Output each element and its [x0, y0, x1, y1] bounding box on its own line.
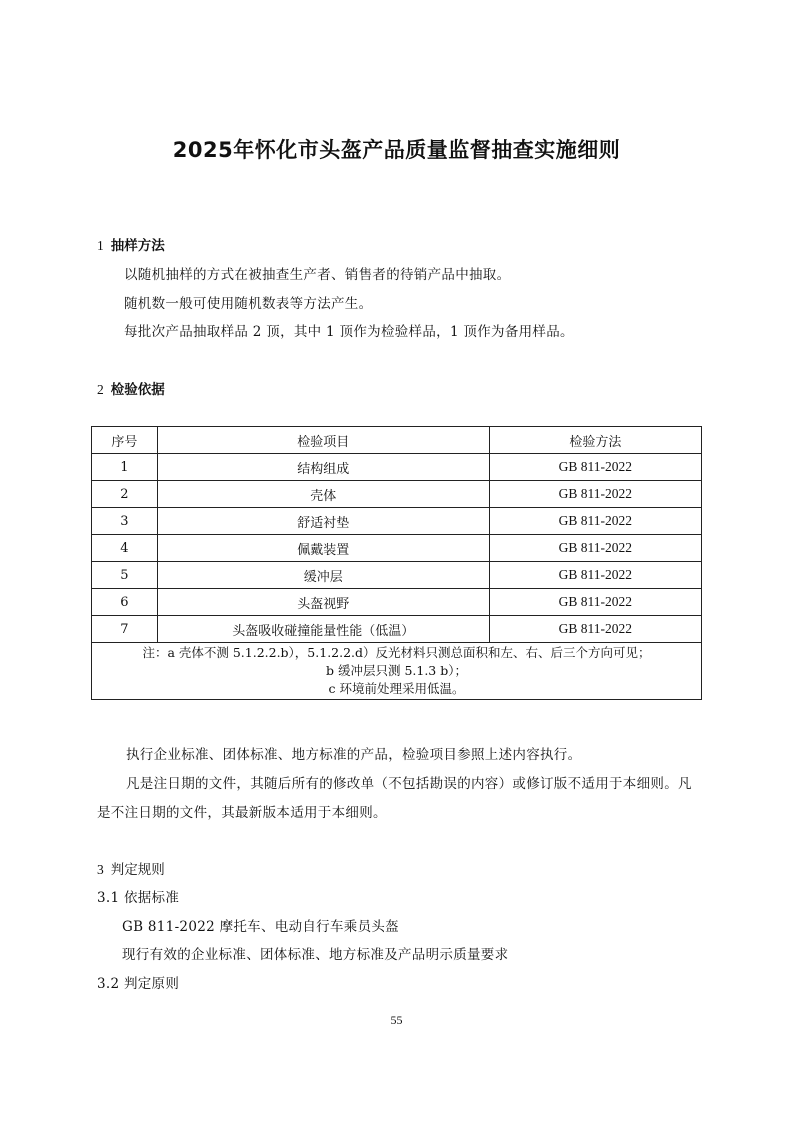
standard-item: 现行有效的企业标准、团体标准、地方标准及产品明示质量要求 — [122, 943, 508, 963]
cell-method: GB 811-2022 — [489, 535, 701, 562]
section-title: 判定规则 — [111, 862, 165, 878]
table-row: 4 佩戴装置 GB 811-2022 — [92, 535, 702, 562]
subsection-3-2-heading: 3.2 判定原则 — [97, 972, 179, 992]
paragraph: 执行企业标准、团体标准、地方标准的产品，检验项目参照上述内容执行。 — [126, 743, 581, 763]
cell-method: GB 811-2022 — [489, 562, 701, 589]
section-number: 2 — [97, 382, 104, 397]
table-row: 5 缓冲层 GB 811-2022 — [92, 562, 702, 589]
section-number: 1 — [97, 238, 104, 253]
section-2-heading: 2检验依据 — [97, 378, 165, 398]
paragraph: 随机数一般可使用随机数表等方法产生。 — [124, 292, 372, 312]
cell-item: 结构组成 — [157, 454, 489, 481]
note-c: c 环境前处理采用低温。 — [92, 680, 701, 698]
table-row: 7 头盔吸收碰撞能量性能（低温） GB 811-2022 — [92, 616, 702, 643]
cell-method: GB 811-2022 — [489, 616, 701, 643]
standard-item: GB 811-2022 摩托车、电动自行车乘员头盔 — [122, 915, 399, 935]
subsection-3-1-heading: 3.1 依据标准 — [97, 886, 179, 906]
cell-item: 舒适衬垫 — [157, 508, 489, 535]
cell-item: 佩戴装置 — [157, 535, 489, 562]
paragraph: 是不注日期的文件，其最新版本适用于本细则。 — [97, 801, 387, 821]
paragraph: 以随机抽样的方式在被抽查生产者、销售者的待销产品中抽取。 — [124, 263, 510, 283]
header-cell: 检验项目 — [157, 427, 489, 454]
table-notes-row: 注：a 壳体不测 5.1.2.2.b），5.1.2.2.d）反光材料只测总面积和… — [92, 643, 702, 700]
cell-index: 1 — [92, 454, 158, 481]
table-row: 3 舒适衬垫 GB 811-2022 — [92, 508, 702, 535]
cell-item: 壳体 — [157, 481, 489, 508]
note-b: b 缓冲层只测 5.1.3 b）； — [92, 662, 701, 680]
cell-index: 5 — [92, 562, 158, 589]
document-title: 2025年怀化市头盔产品质量监督抽查实施细则 — [0, 134, 793, 164]
table-notes: 注：a 壳体不测 5.1.2.2.b），5.1.2.2.d）反光材料只测总面积和… — [92, 643, 702, 700]
table-row: 1 结构组成 GB 811-2022 — [92, 454, 702, 481]
table-header-row: 序号 检验项目 检验方法 — [92, 427, 702, 454]
cell-method: GB 811-2022 — [489, 481, 701, 508]
section-title: 检验依据 — [111, 382, 165, 398]
cell-index: 6 — [92, 589, 158, 616]
cell-index: 4 — [92, 535, 158, 562]
section-1-heading: 1抽样方法 — [97, 234, 165, 254]
cell-item: 头盔吸收碰撞能量性能（低温） — [157, 616, 489, 643]
cell-method: GB 811-2022 — [489, 589, 701, 616]
paragraph: 每批次产品抽取样品 2 顶，其中 1 顶作为检验样品，1 顶作为备用样品。 — [124, 320, 574, 340]
cell-method: GB 811-2022 — [489, 454, 701, 481]
cell-item: 缓冲层 — [157, 562, 489, 589]
cell-index: 2 — [92, 481, 158, 508]
table-row: 2 壳体 GB 811-2022 — [92, 481, 702, 508]
paragraph: 凡是注日期的文件，其随后所有的修改单（不包括勘误的内容）或修订版不适用于本细则。… — [126, 772, 692, 792]
header-cell: 序号 — [92, 427, 158, 454]
note-a: 注：a 壳体不测 5.1.2.2.b），5.1.2.2.d）反光材料只测总面积和… — [92, 644, 701, 662]
cell-item: 头盔视野 — [157, 589, 489, 616]
cell-index: 3 — [92, 508, 158, 535]
section-number: 3 — [97, 862, 104, 877]
cell-index: 7 — [92, 616, 158, 643]
cell-method: GB 811-2022 — [489, 508, 701, 535]
section-title: 抽样方法 — [111, 238, 165, 254]
page-number: 55 — [0, 1013, 793, 1028]
inspection-items-table: 序号 检验项目 检验方法 1 结构组成 GB 811-2022 2 壳体 GB … — [91, 426, 702, 700]
table-row: 6 头盔视野 GB 811-2022 — [92, 589, 702, 616]
header-cell: 检验方法 — [489, 427, 701, 454]
section-3-heading: 3判定规则 — [97, 858, 165, 878]
